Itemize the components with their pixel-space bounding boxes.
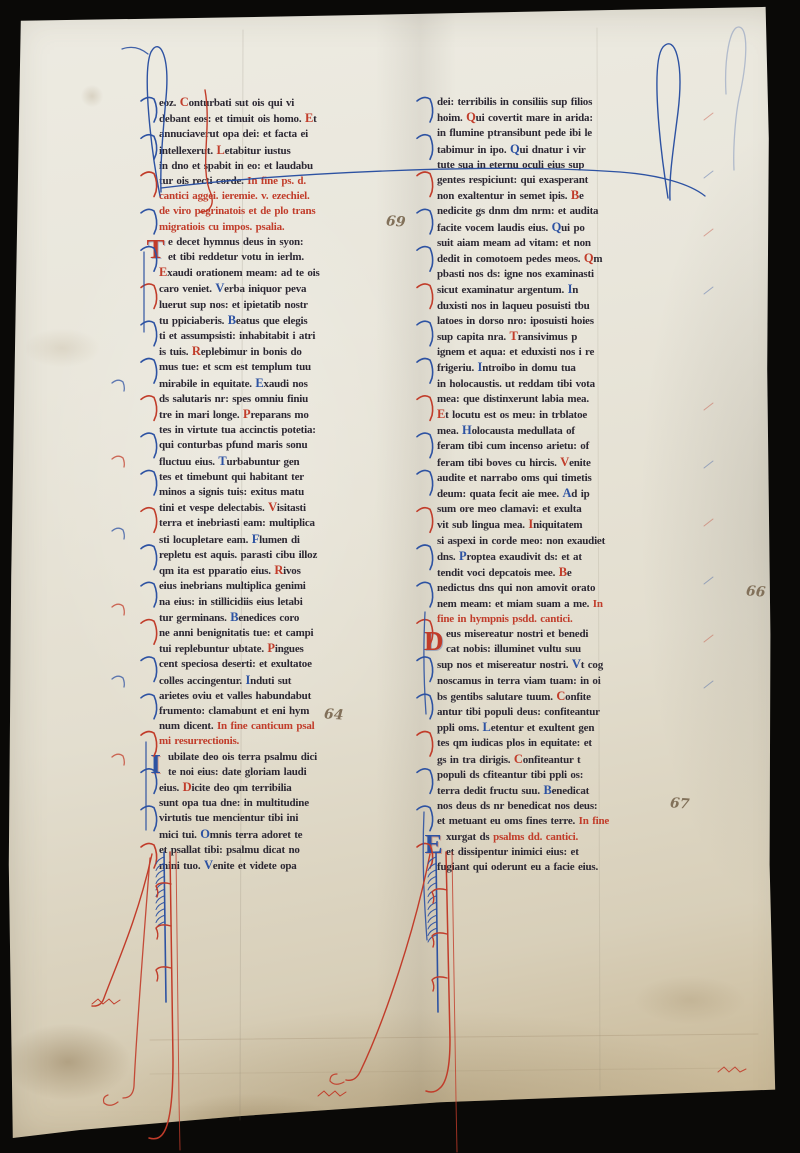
body-text: niquitatem [533,519,582,531]
versal-initial: Q [466,110,476,124]
versal-initial: L [216,143,224,157]
body-text: eius. [159,782,183,794]
body-text: caro veniet. [159,283,215,295]
versal-initial: R [192,344,201,358]
versal-initial: E [255,376,263,390]
body-text: qui conturbas pfund maris sonu [159,439,307,451]
body-text: hoim. [437,112,466,124]
versal-initial: C [556,689,565,703]
rubric-text: migratiois cu impos. psalia. [159,221,284,233]
body-text: eatus que elegis [236,315,308,327]
body-text: na eius: in stillicidiis eius letabi [159,596,303,608]
body-text: etabitur iustus [225,145,291,157]
body-text: in holocaustis. ut reddam tibi vota [437,378,595,390]
body-text: n [572,284,578,296]
versal-initial: P [267,641,274,655]
versal-initial: V [215,281,224,295]
versal-initial: V [268,500,277,514]
versal-initial: O [200,827,210,841]
body-text: antur tibi populi deus: confiteantur [437,706,600,718]
body-text: cat nobis: illuminet vultu suu [446,643,581,655]
body-text: tu ppiciaberis. [159,315,228,327]
body-text: sup nos et misereatur nostri. [437,659,572,671]
rubric-text: de viro pegrinatois et de plo trans [159,205,315,217]
body-text: virtutis tue mencientur tibi ini [159,812,298,824]
body-text: reparans mo [250,409,308,421]
body-text: in dno et spabit in eo: et laudabu [159,160,313,172]
body-text: etentur et exultent gen [491,722,595,734]
body-text: gentes respiciunt: qui exasperant [437,174,588,186]
body-text: olocausta medullata of [472,425,575,437]
versal-initial: Q [584,251,594,265]
body-text: colles accingentur. [159,675,246,687]
body-text: ubilate deo ois terra psalmu dici [168,751,317,763]
body-text: tes et timebunt qui habitant ter [159,471,304,483]
body-text: ransivimus p [518,331,577,343]
body-text: ti et assumpsisti: inhabitabit i atri [159,330,315,342]
body-text: si aspexi in corde meo: non exaudiet [437,535,605,547]
body-text: roptea exaudivit ds: et at [466,551,581,563]
body-text: dei: terribilis in consiliis sup filios [437,96,592,108]
psalm-number-66: 66 [745,583,766,600]
body-text: feram tibi cum incenso arietu: of [437,440,589,452]
body-text: eius inebrians multiplica genimi [159,580,306,592]
versal-initial: H [462,423,472,437]
body-text: sicut examinatur argentum. [437,284,568,296]
versal-initial: B [543,783,551,797]
body-text: ui dnatur i vir [519,144,585,156]
body-text: enedicat [552,785,590,797]
body-text: onfite [565,691,591,703]
body-text: mea. [437,425,462,437]
body-text: onturbati sut ois qui vi [189,97,295,109]
versal-initial: C [514,752,523,766]
body-text: tabimur in ipo. [437,144,510,156]
body-text: latoes in dorso nro: iposuisti hoies [437,315,594,327]
body-text: et tibi reddetur votu in ierlm. [168,251,304,263]
body-text: qm ita est pparatio eius. [159,565,274,577]
body-text: mus tue: et scm est templum tuu [159,361,311,373]
body-text: tini et vespe delectabis. [159,502,268,514]
body-text: ppli oms. [437,722,483,734]
rubric-text: In fine canticum psal [217,720,315,732]
body-text: et dissipentur inimici eius: et [446,846,579,858]
body-text: nos deus ds nr benedicat nos deus: [437,800,597,812]
body-text: dedit in comotoem pedes meos. [437,253,584,265]
body-text: dns. [437,551,459,563]
body-text: ignem et aqua: et eduxisti nos i re [437,346,594,358]
body-text: bs gentibs salutare tuum. [437,691,556,703]
body-text: nedictus dns qui non amovit orato [437,582,595,594]
body-text: ds salutaris nr: spes omniu finiu [159,393,308,405]
body-text: vit sub lingua mea. [437,519,528,531]
body-text: tur germinans. [159,612,230,624]
body-text: tur ois recti corde. [159,175,247,187]
body-text: ui po [561,222,585,234]
body-text: non exaltentur in semet ipis. [437,190,571,202]
body-text: mnis terra adoret te [210,829,303,841]
psalm-number-64: 64 [323,706,344,723]
body-text: ivos [283,565,301,577]
body-text: t cog [581,659,603,671]
rubric-text: In fine [579,815,609,827]
body-text: gs in tra dirigis. [437,754,514,766]
body-text: sti locupletare eam. [159,534,252,546]
body-text: ne anni benignitatis tue: et campi [159,627,313,639]
versal-initial: T [510,329,518,343]
body-text: is tuis. [159,346,192,358]
body-text: mirabile in equitate. [159,378,255,390]
rubric-text: mi resurrectionis. [159,735,239,747]
body-text: frumento: clamabunt et eni hym [159,705,309,717]
illuminated-initial: D [424,627,443,657]
body-text: enite [569,457,591,469]
body-text: t locutu est os meu: in trblatoe [445,409,587,421]
rubric-text: fine in hympnis psdd. cantici. [437,613,573,625]
versal-initial: T [218,454,226,468]
rubric-text: In [593,598,603,610]
psalm-number-67: 67 [669,795,690,812]
body-text: urbabuntur gen [227,456,300,468]
body-text: noscamus in terra viam tuam: in oi [437,675,601,687]
body-text: tes in virtute tua accinctis potetia: [159,424,316,436]
versal-initial: B [571,188,579,202]
body-text: tre in mari longe. [159,409,243,421]
versal-initial: A [562,486,571,500]
body-text: sum ore meo clamavi: et exulta [437,503,582,515]
body-text: e [579,190,584,202]
body-text: populi ds cfiteantur tibi ppli os: [437,769,583,781]
body-text: terra dedit fructu suu. [437,785,543,797]
body-text: ui covertit mare in arida: [476,112,593,124]
body-text: eoz. [159,97,180,109]
body-text: audite et narrabo oms qui timetis [437,472,592,484]
versal-initial: F [252,532,259,546]
body-text: isitasti [277,502,306,514]
body-text: nduti sut [250,675,291,687]
text-column-right: dei: terribilis in consiliis sup filiosh… [437,95,703,875]
body-text: annuciaverut opa dei: et facta ei [159,128,308,140]
body-text: cent speciosa deserti: et exultatoe [159,658,312,670]
body-text: mini tuo. [159,860,204,872]
rubric-text: In fine ps. d. [247,175,306,187]
body-text: facite vocem laudis eius. [437,222,552,234]
body-text: icite deo qm terribilia [191,782,291,794]
body-text: deum: quata fecit aie mee. [437,488,562,500]
psalm-number-69: 69 [385,213,406,230]
body-text: frigeriu. [437,362,478,374]
body-text: e decet hymnus deus in syon: [168,236,303,248]
body-text: fluctuu eius. [159,456,218,468]
body-text: enite et videte opa [213,860,297,872]
body-text: e [567,567,572,579]
body-text: te noi eius: date gloriam laudi [168,766,306,778]
body-text: tendit voci depcatois mee. [437,567,559,579]
versal-initial: L [483,720,491,734]
illuminated-initial: I [146,750,165,780]
versal-initial: B [559,565,567,579]
body-text: et metuant eu oms fines terre. [437,815,579,827]
body-text: repletu est aquis. parasti cibu illoz [159,549,317,561]
body-text: lumen di [259,534,300,546]
body-text: pbasti nos ds: igne nos examinasti [437,268,594,280]
body-text: tui replebuntur ubtate. [159,643,267,655]
body-text: ingues [275,643,304,655]
body-text: duxisti nos in laqueu posuisti tbu [437,300,590,312]
body-text: eplebimur in bonis do [201,346,302,358]
body-text: ntroibo in domu tua [482,362,575,374]
rubric-text: psalms dd. cantici. [493,831,578,843]
illuminated-initial: E [424,830,443,860]
body-text: sunt opa tua dne: in multitudine [159,797,309,809]
body-text: debant eos: et timuit ois homo. [159,113,305,125]
illuminated-initial: T [146,235,165,265]
versal-initial: E [305,111,313,125]
body-text: eus misereatur nostri et benedi [446,628,588,640]
body-text: nem meam: et miam suam a me. [437,598,593,610]
body-text: nedicite gs dnm dm nrm: et audita [437,205,598,217]
body-text: arietes oviu et valles habundabut [159,690,311,702]
rubric-text: cantici aggei. ieremie. v. ezechiel. [159,190,310,202]
body-text: et psallat tibi: psalmu dicat no [159,844,300,856]
body-text: tute sua in eternu oculi eius sup [437,159,584,171]
versal-initial: V [572,657,581,671]
body-text: xaudi nos [264,378,308,390]
body-text: xurgat ds [446,831,493,843]
versal-initial: E [159,265,167,279]
manuscript-photo: eoz. Conturbati sut ois qui videbant eos… [0,0,800,1153]
body-text: minos a signis tuis: exitus matu [159,486,304,498]
body-text: tes qm iudicas plos in equitate: et [437,737,592,749]
body-text: m [593,253,602,265]
text-column-left: eoz. Conturbati sut ois qui videbant eos… [159,95,406,874]
body-text: fugiant qui oderunt eu a facie eius. [437,861,598,873]
versal-initial: V [204,858,213,872]
body-text: feram tibi boves cu hircis. [437,457,560,469]
body-text: sup capita nra. [437,331,510,343]
body-text: t [313,113,316,125]
versal-initial: B [228,313,236,327]
body-text: enedices coro [238,612,299,624]
body-text: suit aiam meam ad vitam: et non [437,237,591,249]
versal-initial: C [180,95,189,109]
versal-initial: R [274,563,283,577]
body-text: intellexerut. [159,145,216,157]
versal-initial: V [560,455,569,469]
body-text: onfiteantur t [523,754,581,766]
body-text: mea: que distinxerunt labia mea. [437,393,589,405]
body-text: in flumine ptransibunt pede ibi le [437,127,592,139]
body-text: xaudi orationem meam: ad te ois [167,267,319,279]
versal-initial: Q [552,220,562,234]
body-text: erba iniquor peva [224,283,306,295]
body-text: terra et inebriasti eam: multiplica [159,517,315,529]
versal-initial: E [437,407,445,421]
body-text: mici tui. [159,829,200,841]
body-text: luerut sup nos: et ipietatib nostr [159,299,308,311]
body-text: d ip [571,488,589,500]
body-text: num dicent. [159,720,217,732]
